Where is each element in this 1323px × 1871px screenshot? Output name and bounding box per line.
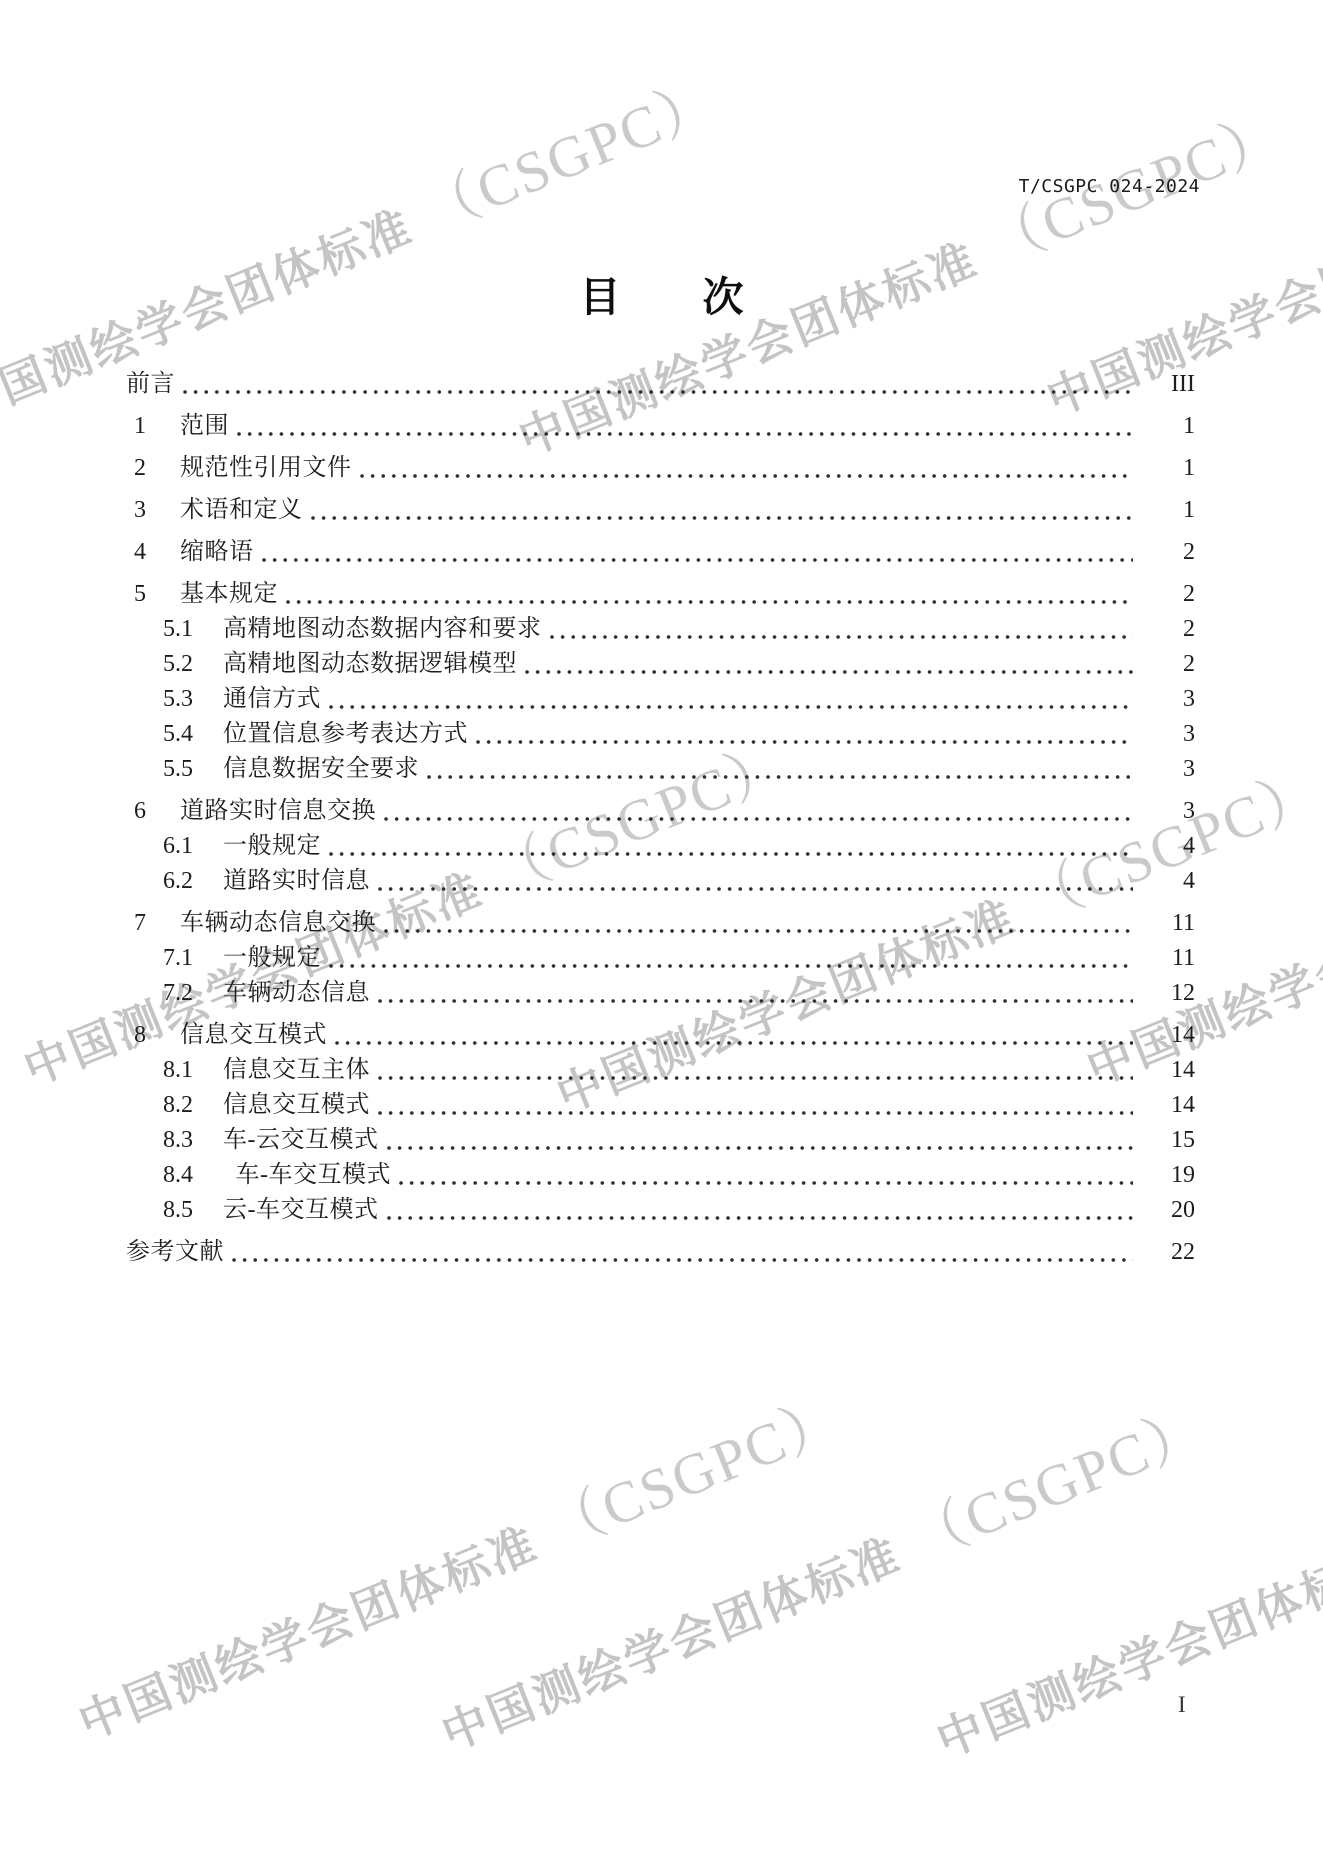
toc-entry-page: 2 [1143,612,1195,647]
toc-entry: 1 范围 1 [126,409,1195,444]
dot-leader [427,774,1133,780]
dot-leader [525,669,1133,675]
toc-entry-page: 12 [1143,976,1195,1011]
toc-entry-number: 4 [134,535,180,570]
toc-entry-number: 7 [134,906,180,941]
toc-entry-number: 6.2 [163,864,223,899]
toc-entry: 8 信息交互模式 14 [126,1018,1195,1053]
toc-entry-label: 参考文献 [126,1235,224,1270]
toc-entry-page: 3 [1143,717,1195,752]
toc-entry: 8.1 信息交互主体 14 [126,1053,1195,1088]
dot-leader [399,1180,1133,1186]
toc-entry-page: 2 [1143,647,1195,682]
dot-leader [387,1145,1134,1151]
toc-entry-number: 5.4 [163,717,223,752]
toc-entry: 8.2 信息交互模式 14 [126,1088,1195,1123]
toc-entry: 7.1 一般规定 11 [126,941,1195,976]
toc-entry-page: 22 [1143,1235,1195,1270]
toc-entry: 3 术语和定义 1 [126,493,1195,528]
toc-entry-label: 信息交互主体 [223,1053,370,1088]
toc-entry: 6.1 一般规定 4 [126,829,1195,864]
toc-entry: 5 基本规定 2 [126,577,1195,612]
toc-entry-number: 8.3 [163,1123,223,1158]
dot-leader [329,851,1133,857]
table-of-contents: 前言 III 1 范围 1 2 规范性引用文件 1 3 术语和定义 1 4 缩略… [126,367,1195,1270]
dot-leader [360,473,1134,479]
toc-entry-page: III [1143,367,1195,402]
toc-entry-number: 5 [134,577,180,612]
toc-entry: 参考文献 22 [126,1235,1195,1270]
toc-entry-number: 8.5 [163,1193,223,1228]
toc-entry: 8.5 云-车交互模式 20 [126,1193,1195,1228]
toc-entry-label: 一般规定 [223,829,321,864]
toc-entry: 5.1 高精地图动态数据内容和要求 2 [126,612,1195,647]
toc-entry-page: 2 [1143,577,1195,612]
toc-entry-page: 11 [1143,941,1195,976]
page-content: T/CSGPC 024-2024 目 次 前言 III 1 范围 1 2 规范性… [0,0,1323,1871]
toc-entry-page: 1 [1143,409,1195,444]
toc-entry: 5.3 通信方式 3 [126,682,1195,717]
toc-entry-page: 14 [1143,1053,1195,1088]
toc-entry-number: 3 [134,493,180,528]
toc-entry-page: 3 [1143,752,1195,787]
toc-entry-number: 5.3 [163,682,223,717]
page-title: 目 次 [0,264,1323,323]
toc-entry-page: 15 [1143,1123,1195,1158]
dot-leader [387,1215,1134,1221]
toc-entry-label: 车-云交互模式 [223,1123,379,1158]
page-number: I [1178,1692,1186,1718]
toc-entry: 7 车辆动态信息交换 11 [126,906,1195,941]
toc-entry-label: 信息交互模式 [180,1018,327,1053]
toc-entry: 前言 III [126,367,1195,402]
dot-leader [384,816,1133,822]
dot-leader [262,557,1134,563]
toc-entry-number: 6.1 [163,829,223,864]
toc-entry-label: 范围 [180,409,229,444]
toc-entry-label: 一般规定 [223,941,321,976]
toc-entry-label: 通信方式 [223,682,321,717]
toc-entry: 5.2 高精地图动态数据逻辑模型 2 [126,647,1195,682]
toc-entry-number: 6 [134,794,180,829]
toc-entry-label: 高精地图动态数据内容和要求 [223,612,542,647]
dot-leader [476,739,1133,745]
dot-leader [286,599,1133,605]
dot-leader [329,963,1133,969]
toc-entry-number: 8 [134,1018,180,1053]
toc-entry: 8.4 车-车交互模式 19 [126,1158,1195,1193]
toc-entry-number: 5.1 [163,612,223,647]
dot-leader [183,389,1133,395]
toc-entry-label: 道路实时信息 [223,864,370,899]
toc-entry-label: 基本规定 [180,577,278,612]
toc-entry-page: 14 [1143,1088,1195,1123]
dot-leader [329,704,1133,710]
dot-leader [378,1075,1133,1081]
toc-entry-label: 术语和定义 [180,493,303,528]
toc-entry-page: 4 [1143,829,1195,864]
toc-entry-number: 5.2 [163,647,223,682]
dot-leader [378,1110,1133,1116]
dot-leader [232,1257,1133,1263]
toc-entry: 8.3 车-云交互模式 15 [126,1123,1195,1158]
toc-entry-page: 3 [1143,682,1195,717]
toc-entry-label: 缩略语 [180,535,254,570]
dot-leader [237,431,1133,437]
toc-entry-label: 高精地图动态数据逻辑模型 [223,647,517,682]
dot-leader [550,634,1134,640]
toc-entry-number: 7.1 [163,941,223,976]
toc-entry: 6 道路实时信息交换 3 [126,794,1195,829]
toc-entry-label: 信息交互模式 [223,1088,370,1123]
toc-entry: 4 缩略语 2 [126,535,1195,570]
toc-entry-number: 7.2 [163,976,223,1011]
toc-entry-label: 云-车交互模式 [223,1193,379,1228]
dot-leader [378,998,1133,1004]
toc-entry: 5.4 位置信息参考表达方式 3 [126,717,1195,752]
toc-entry-page: 20 [1143,1193,1195,1228]
toc-entry: 6.2 道路实时信息 4 [126,864,1195,899]
dot-leader [384,928,1133,934]
toc-entry: 7.2 车辆动态信息 12 [126,976,1195,1011]
dot-leader [311,515,1134,521]
toc-entry-page: 11 [1143,906,1195,941]
toc-entry-label: 车辆动态信息 [223,976,370,1011]
toc-entry-page: 14 [1143,1018,1195,1053]
toc-entry-label: 车-车交互模式 [223,1158,391,1193]
toc-entry-label: 道路实时信息交换 [180,794,376,829]
toc-entry-number: 1 [134,409,180,444]
dot-leader [335,1040,1133,1046]
toc-entry-label: 前言 [126,367,175,402]
dot-leader [378,886,1133,892]
toc-entry: 2 规范性引用文件 1 [126,451,1195,486]
toc-entry-page: 2 [1143,535,1195,570]
toc-entry-page: 3 [1143,794,1195,829]
toc-entry-number: 8.1 [163,1053,223,1088]
toc-entry-page: 1 [1143,451,1195,486]
toc-entry-number: 8.4 [163,1158,223,1193]
toc-entry-label: 车辆动态信息交换 [180,906,376,941]
document-page: 中国测绘学会团体标准（CSGPC） 中国测绘学会团体标准（CSGPC） 中国测绘… [0,0,1323,1871]
toc-entry-number: 2 [134,451,180,486]
standard-number: T/CSGPC 024-2024 [1019,176,1200,197]
toc-entry-label: 规范性引用文件 [180,451,352,486]
toc-entry-number: 5.5 [163,752,223,787]
toc-entry: 5.5 信息数据安全要求 3 [126,752,1195,787]
toc-entry-label: 信息数据安全要求 [223,752,419,787]
toc-entry-page: 19 [1143,1158,1195,1193]
toc-entry-page: 1 [1143,493,1195,528]
toc-entry-label: 位置信息参考表达方式 [223,717,468,752]
toc-entry-page: 4 [1143,864,1195,899]
toc-entry-number: 8.2 [163,1088,223,1123]
